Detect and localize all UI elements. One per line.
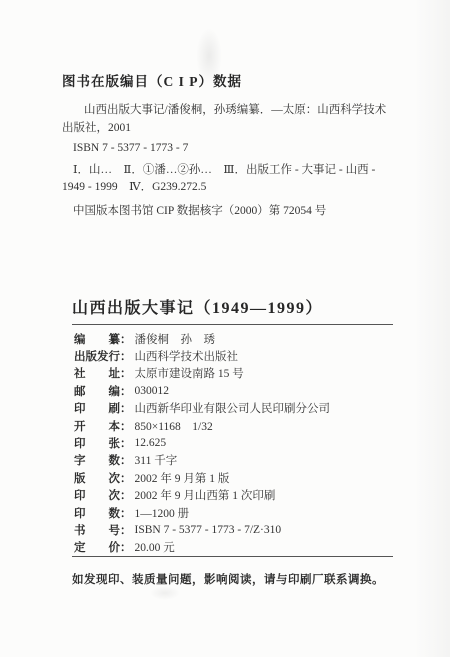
colophon-row: 开 本： 850×1168 1/32: [74, 417, 414, 434]
colophon-label: 印 次：: [74, 487, 132, 503]
cip-classification-line: 1949 - 1999 Ⅳ．G239.272.5: [62, 179, 407, 197]
colophon-row: 出版发行： 山西科学技术出版社: [74, 347, 414, 364]
colophon-row: 印 次： 2002 年 9 月山西第 1 次印刷: [74, 487, 414, 504]
colophon-value: ISBN 7 - 5377 - 1773 - 7/Z·310: [135, 524, 282, 536]
colophon-label: 印 张：: [74, 435, 132, 451]
colophon-value: 850×1168 1/32: [135, 418, 213, 434]
colophon-label: 版 次：: [74, 470, 132, 486]
colophon-value: 太原市建设南路 15 号: [135, 365, 244, 381]
colophon-row: 社 址： 太原市建设南路 15 号: [74, 365, 414, 382]
colophon-row: 书 号： ISBN 7 - 5377 - 1773 - 7/Z·310: [74, 521, 414, 538]
divider-top: [72, 324, 393, 325]
cip-record-number: 中国版本图书馆 CIP 数据核字（2000）第 72054 号: [62, 203, 407, 221]
cip-heading: 图书在版编目（C I P）数据: [62, 73, 407, 91]
colophon-row: 字 数： 311 千字: [74, 452, 414, 469]
colophon-label: 印 数：: [74, 505, 132, 521]
colophon-row: 编 纂： 潘俊桐 孙 琇: [74, 330, 414, 347]
colophon-row: 定 价： 20.00 元: [74, 539, 414, 556]
colophon-value: 12.625: [135, 437, 167, 449]
colophon-label: 印 刷：: [74, 400, 132, 416]
cip-data-block: 图书在版编目（C I P）数据 山西出版大事记/潘俊桐，孙琇编纂．—太原：山西科…: [62, 73, 407, 220]
colophon-label: 出版发行：: [74, 348, 132, 364]
cip-entry-line: 出版社，2001: [62, 120, 407, 138]
page-title: 山西出版大事记（1949—1999）: [72, 295, 323, 318]
colophon-value: 311 千字: [135, 452, 178, 468]
colophon-label: 书 号：: [74, 522, 132, 538]
quality-note: 如发现印、装质量问题，影响阅读，请与印刷厂联系调换。: [72, 571, 384, 587]
cip-isbn: ISBN 7 - 5377 - 1773 - 7: [62, 140, 407, 158]
colophon-value: 1—1200 册: [135, 505, 190, 521]
colophon-row: 印 数： 1—1200 册: [74, 504, 414, 521]
colophon-label: 开 本：: [74, 418, 132, 434]
colophon-row: 印 刷： 山西新华印业有限公司人民印刷分公司: [74, 400, 414, 417]
colophon-row: 印 张： 12.625: [74, 434, 414, 451]
cip-classification-line: Ⅰ．山… Ⅱ．①潘…②孙… Ⅲ．出版工作 - 大事记 - 山西 -: [62, 162, 407, 180]
scan-artifact: [150, 586, 180, 600]
colophon-label: 邮 编：: [74, 383, 132, 399]
colophon-value: 2002 年 9 月山西第 1 次印刷: [135, 487, 276, 503]
colophon-row: 版 次： 2002 年 9 月第 1 版: [74, 469, 414, 486]
colophon-value: 20.00 元: [135, 539, 175, 555]
colophon-value: 山西科学技术出版社: [135, 348, 239, 364]
colophon-label: 字 数：: [74, 452, 132, 468]
colophon-value: 030012: [135, 385, 170, 397]
colophon-list: 编 纂： 潘俊桐 孙 琇 出版发行： 山西科学技术出版社 社 址： 太原市建设南…: [74, 330, 414, 556]
colophon-label: 社 址：: [74, 365, 132, 381]
divider-bottom: [72, 556, 393, 557]
cip-entry-line: 山西出版大事记/潘俊桐，孙琇编纂．—太原：山西科学技术: [62, 102, 407, 120]
book-copyright-page: 图书在版编目（C I P）数据 山西出版大事记/潘俊桐，孙琇编纂．—太原：山西科…: [0, 0, 450, 657]
colophon-label: 编 纂：: [74, 331, 132, 347]
colophon-value: 潘俊桐 孙 琇: [135, 331, 216, 347]
colophon-row: 邮 编： 030012: [74, 382, 414, 399]
colophon-value: 2002 年 9 月第 1 版: [135, 470, 230, 486]
colophon-value: 山西新华印业有限公司人民印刷分公司: [135, 400, 331, 416]
colophon-label: 定 价：: [74, 539, 132, 555]
